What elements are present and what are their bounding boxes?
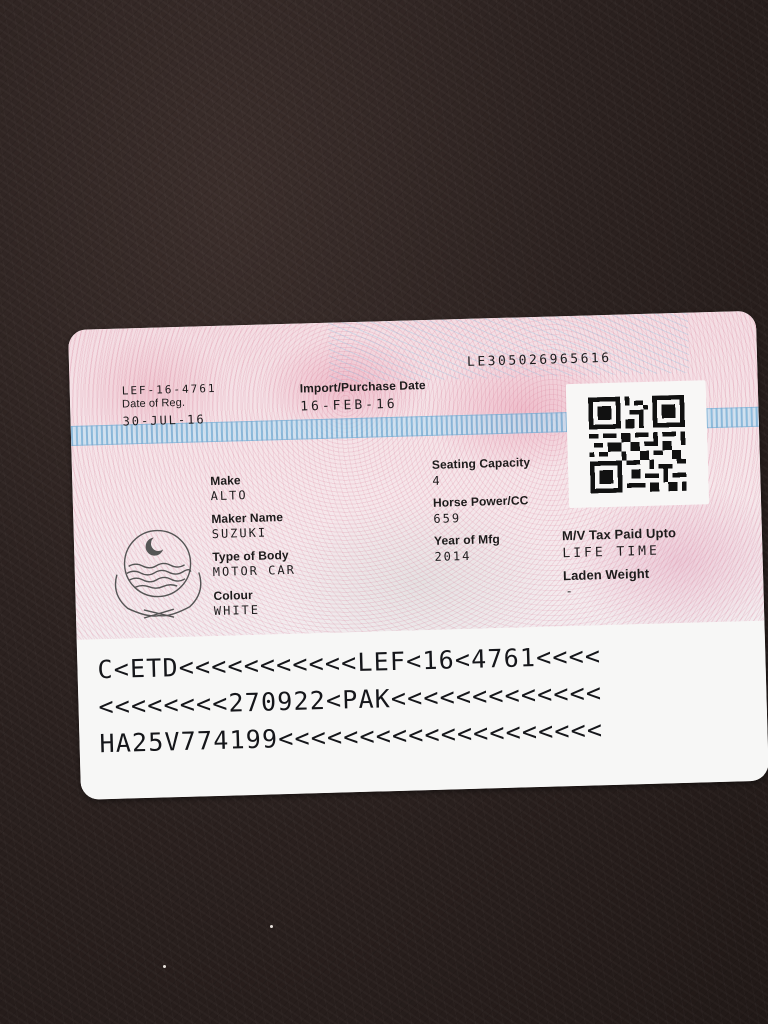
horse-power-value: 659 [433,511,461,526]
registration-number: LEF-16-4761 [122,382,217,398]
maker-name-label: Maker Name [211,510,283,526]
import-purchase-value: 16-FEB-16 [300,397,398,415]
make-label: Make [210,473,241,488]
year-value: 2014 [434,549,471,564]
year-label: Year of Mfg [434,532,500,548]
body-type-label: Type of Body [212,548,289,564]
tax-paid-label: M/V Tax Paid Upto [562,525,677,543]
maker-name-value: SUZUKI [212,526,268,542]
qr-code-icon [584,395,691,494]
colour-label: Colour [213,588,253,603]
laden-weight-label: Laden Weight [563,566,650,583]
dust-speck [270,925,273,928]
date-of-reg-value: 30-JUL-16 [122,412,205,428]
make-value: ALTO [210,488,247,503]
horse-power-label: Horse Power/CC [433,493,529,510]
date-of-reg-label: Date of Reg. [122,397,185,411]
blue-guilloche [328,311,690,383]
tax-paid-value: LIFE TIME [562,544,660,562]
colour-value: WHITE [214,603,260,618]
seating-label: Seating Capacity [432,455,531,472]
qr-code-box [566,380,709,508]
seating-value: 4 [432,474,442,488]
vehicle-registration-card: LE305026965616 LEF-16-4761 Date of Reg. … [68,311,768,800]
punjab-government-emblem-icon [101,522,214,625]
body-type-value: MOTOR CAR [213,563,296,579]
laden-weight-value: - [565,584,575,598]
dust-speck [163,965,166,968]
